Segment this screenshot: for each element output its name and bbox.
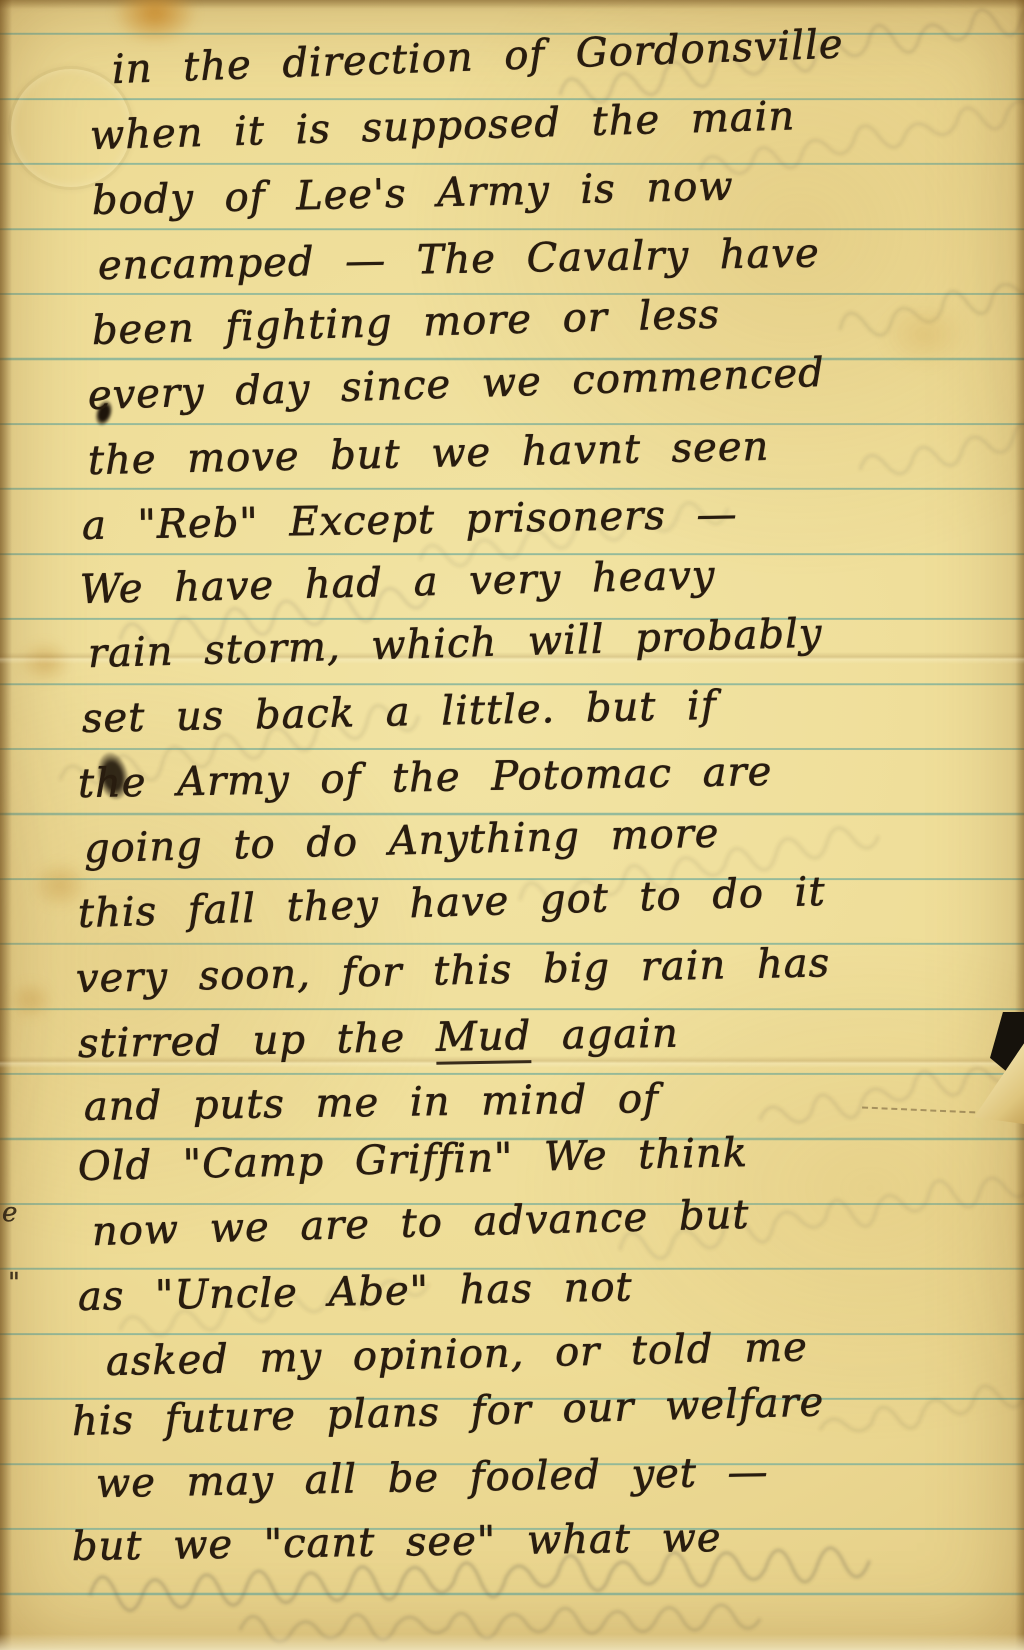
manuscript-text-layer: in the direction of Gordonsvillewhen it … <box>0 0 1024 1650</box>
manuscript-segment: every day since we commenced <box>87 350 825 419</box>
manuscript-line: this fall they have got to do it <box>77 872 826 934</box>
manuscript-line: going to do Anything more <box>84 813 720 869</box>
manuscript-line: asked my opinion, or told me <box>106 1327 809 1382</box>
manuscript-segment: very soon, for this big rain has <box>76 940 831 1002</box>
manuscript-line: the move but we havnt seen <box>88 427 770 481</box>
manuscript-line: body of Lee's Army is now <box>92 166 734 221</box>
manuscript-line: but we "cant see" what we <box>72 1518 722 1567</box>
manuscript-line: We have had a very heavy <box>80 556 716 610</box>
manuscript-segment: we may all be fooled yet — <box>96 1449 769 1507</box>
manuscript-segment: a "Reb" Except prisoners — <box>82 492 738 549</box>
manuscript-line: a "Reb" Except prisoners — <box>82 495 738 546</box>
manuscript-segment: now we are to advance but <box>91 1192 750 1255</box>
manuscript-line: his future plans for our welfare <box>71 1382 824 1442</box>
manuscript-segment: the Army of the Potomac are <box>78 749 773 807</box>
manuscript-segment: rain storm, which will probably <box>87 610 823 676</box>
manuscript-line: when it is supposed the main <box>89 96 795 156</box>
manuscript-segment: We have had a very heavy <box>79 553 715 613</box>
manuscript-segment: been fighting more or less <box>91 292 720 354</box>
manuscript-line: and puts me in mind of <box>84 1079 659 1127</box>
margin-mark: e <box>2 1198 17 1228</box>
manuscript-line: Old "Camp Griffin" We think <box>78 1133 749 1187</box>
manuscript-line: as "Uncle Abe" has not <box>78 1267 633 1317</box>
manuscript-segment: but we "cant see" what we <box>72 1515 722 1570</box>
manuscript-segment: in the direction of Gordonsville <box>111 21 844 93</box>
manuscript-segment: again <box>531 1011 679 1060</box>
manuscript-line: very soon, for this big rain has <box>76 943 831 999</box>
manuscript-segment: when it is supposed the main <box>89 93 795 159</box>
manuscript-segment: this fall they have got to do it <box>77 869 826 937</box>
manuscript-segment: his future plans for our welfare <box>71 1379 824 1445</box>
manuscript-segment: Old "Camp Griffin" We think <box>78 1130 749 1190</box>
manuscript-line: stirred up the Mud again <box>78 1014 679 1064</box>
manuscript-segment: body of Lee's Army is now <box>91 163 734 224</box>
manuscript-line: now we are to advance but <box>91 1195 749 1252</box>
manuscript-segment: the move but we havnt seen <box>88 424 770 484</box>
manuscript-segment: and puts me in mind of <box>84 1076 659 1130</box>
manuscript-line: rain storm, which will probably <box>87 613 823 673</box>
manuscript-line: in the direction of Gordonsville <box>111 24 844 90</box>
manuscript-line: encamped — The Cavalry have <box>98 233 820 286</box>
margin-mark: " <box>8 1268 20 1298</box>
manuscript-line: we may all be fooled yet — <box>96 1452 769 1504</box>
manuscript-segment: as "Uncle Abe" has not <box>78 1264 633 1320</box>
manuscript-line: the Army of the Potomac are <box>78 752 773 804</box>
manuscript-segment: encamped — The Cavalry have <box>98 230 820 289</box>
manuscript-segment: going to do Anything more <box>83 810 720 872</box>
letter-page: in the direction of Gordonsvillewhen it … <box>0 0 1024 1650</box>
manuscript-line: every day since we commenced <box>87 353 825 416</box>
manuscript-segment: stirred up the <box>78 1015 437 1067</box>
manuscript-line: been fighting more or less <box>91 295 720 351</box>
manuscript-segment: set us back a little. but if <box>82 683 718 742</box>
manuscript-segment: asked my opinion, or told me <box>106 1324 809 1385</box>
manuscript-segment: Mud <box>435 1013 531 1065</box>
manuscript-line: set us back a little. but if <box>82 686 717 739</box>
